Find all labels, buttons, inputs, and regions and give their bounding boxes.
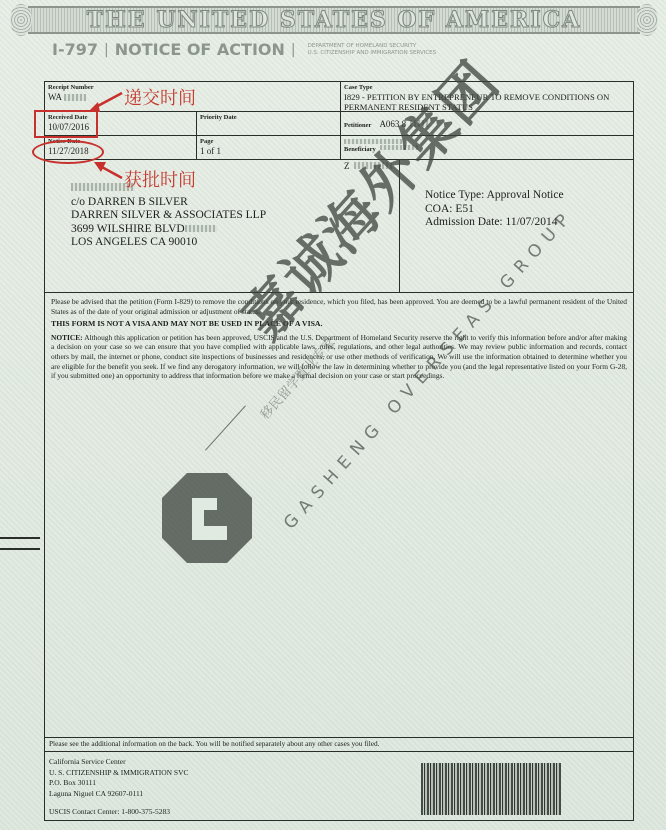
arrow-icon (86, 88, 126, 118)
mailing-address: c/o DARREN B SILVER DARREN SILVER & ASSO… (71, 182, 266, 250)
divider (45, 292, 633, 293)
page-value: 1 of 1 (200, 146, 337, 156)
service-center-address: California Service Center U. S. CITIZENS… (49, 757, 189, 799)
department-line2: U.S. CITIZENSHIP AND IMMIGRATION SERVICE… (308, 50, 437, 56)
case-type-value: I829 - PETITION BY ENTREPRENEUR TO REMOV… (344, 92, 630, 112)
form-number: I-797 (52, 40, 98, 59)
petitioner-cell: Petitioner A063 8 (340, 111, 634, 136)
priority-date-cell: Priority Date (196, 111, 341, 136)
additional-info-note: Please see the additional information on… (44, 738, 634, 752)
admission-date: Admission Date: 11/07/2014 (425, 216, 557, 228)
address-line1: c/o DARREN B SILVER (71, 196, 188, 208)
address-line2: DARREN SILVER & ASSOCIATES LLP (71, 209, 266, 221)
form-separator-2: | (291, 42, 296, 58)
beneficiary-label: Beneficiary (344, 146, 376, 153)
notice-document: THE UNITED STATES OF AMERICA I-797 | NOT… (0, 0, 666, 830)
page-label: Page (200, 138, 337, 146)
department: DEPARTMENT OF HOMELAND SECURITY U.S. CIT… (308, 43, 437, 57)
department-line1: DEPARTMENT OF HOMELAND SECURITY (308, 43, 417, 49)
footer-line4: Laguna Niguel CA 92607-0111 (49, 789, 143, 798)
approved-time-annotation: 获批时间 (124, 166, 196, 192)
coa: COA: E51 (425, 203, 474, 215)
address-line3: 3699 WILSHIRE BLVD (71, 223, 185, 235)
banner-title: THE UNITED STATES OF AMERICA (87, 7, 581, 33)
footer-line2: U. S. CITIZENSHIP & IMMIGRATION SVC (49, 768, 189, 777)
petitioner-label: Petitioner (344, 122, 371, 129)
margin-mark (0, 548, 40, 550)
form-heading: I-797 | NOTICE OF ACTION | DEPARTMENT OF… (52, 40, 436, 59)
notice-body: Please be advised that the petition (For… (51, 297, 627, 384)
notice-info: Notice Type: Approval Notice COA: E51 Ad… (425, 189, 564, 230)
barcode (421, 763, 561, 815)
contact-center: USCIS Contact Center: 1-800-375-5283 (49, 807, 170, 816)
banner: THE UNITED STATES OF AMERICA (28, 6, 640, 34)
beneficiary-cell: Beneficiary Z (340, 135, 634, 160)
address-line4: LOS ANGELES CA 90010 (71, 236, 197, 248)
footer-line1: California Service Center (49, 757, 126, 766)
page-cell: Page 1 of 1 (196, 135, 341, 160)
beneficiary-value: Z (344, 161, 350, 171)
margin-mark (0, 537, 40, 539)
submitted-time-annotation: 递交时间 (124, 84, 196, 110)
notice-paragraph: NOTICE: Although this application or pet… (51, 333, 627, 381)
service-center-footer: California Service Center U. S. CITIZENS… (44, 752, 634, 821)
notice-type: Notice Type: Approval Notice (425, 189, 564, 201)
case-type-cell: Case Type I829 - PETITION BY ENTREPRENEU… (340, 81, 634, 112)
form-separator: | (104, 42, 109, 58)
arrow-icon (92, 160, 126, 182)
form-name: NOTICE OF ACTION (115, 40, 285, 59)
petitioner-value: A063 8 (379, 119, 406, 129)
case-type-label: Case Type (344, 84, 630, 92)
footer-line3: P.O. Box 30111 (49, 778, 96, 787)
priority-date-label: Priority Date (200, 114, 337, 122)
visa-warning: THIS FORM IS NOT A VISA AND MAY NOT BE U… (51, 319, 627, 329)
approval-paragraph: Please be advised that the petition (For… (51, 297, 627, 316)
